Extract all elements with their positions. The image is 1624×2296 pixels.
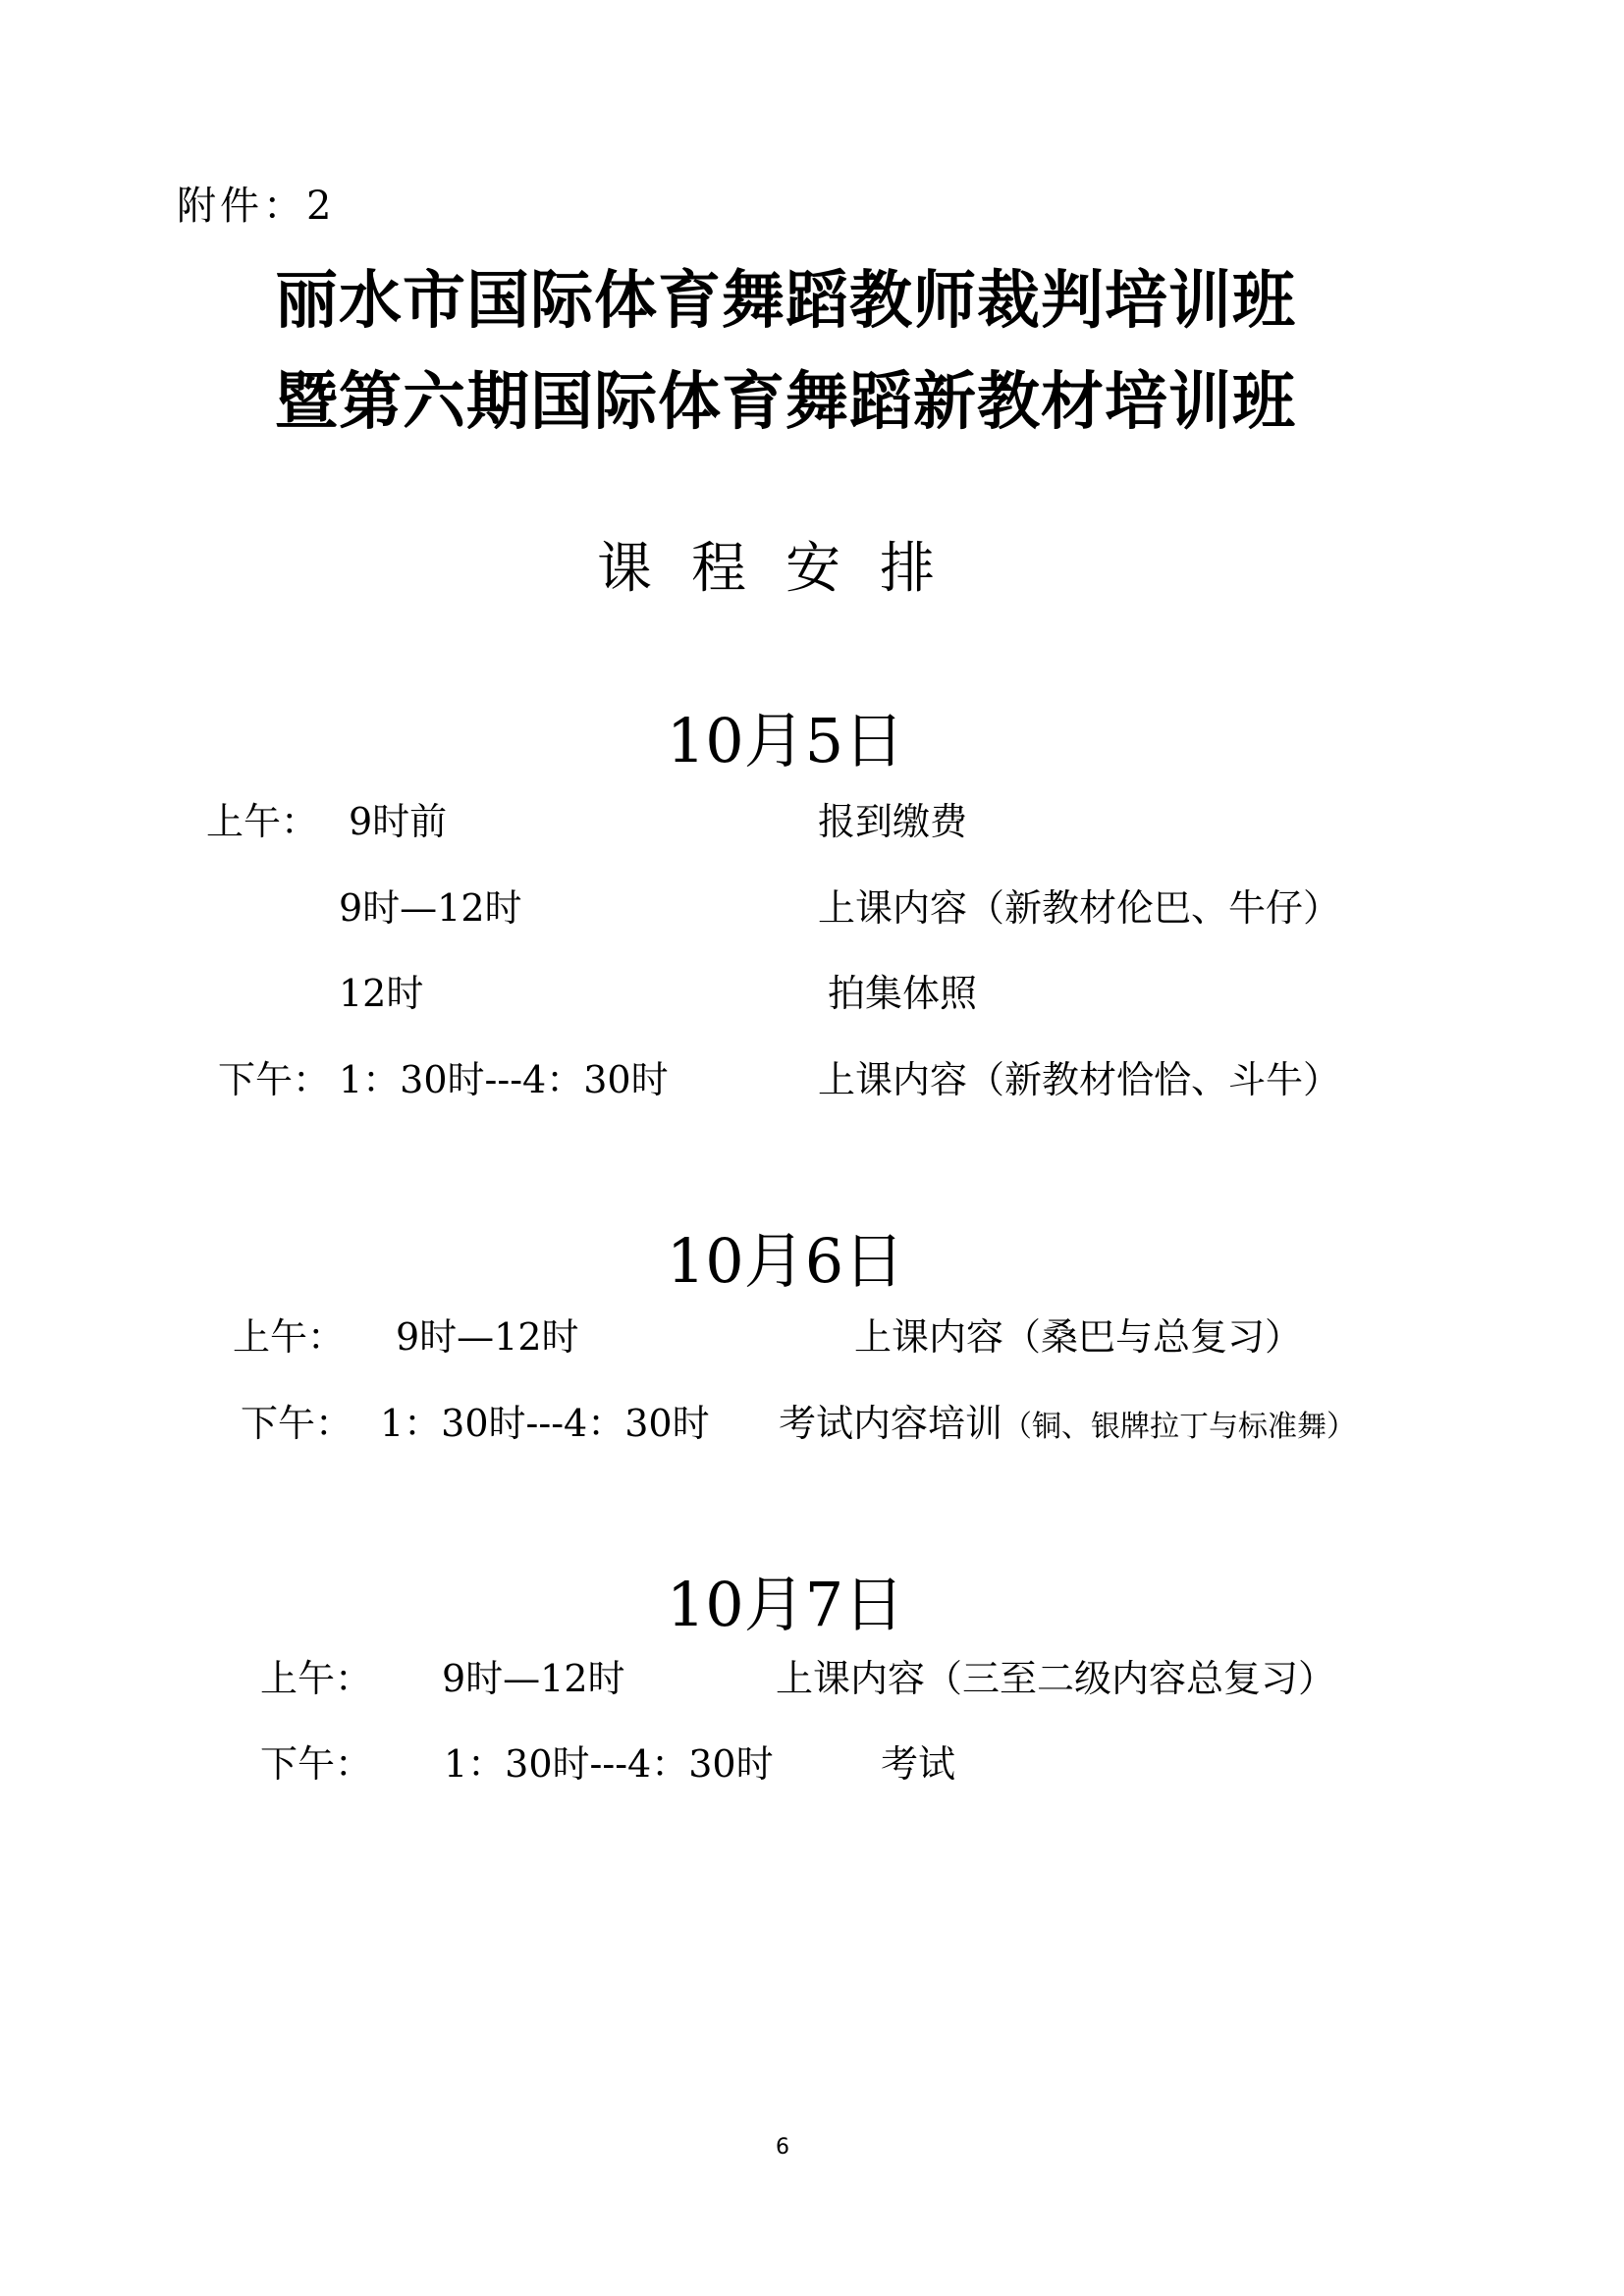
activity-content: 考试内容培训（铜、银牌拉丁与标准舞）: [779, 1393, 1356, 1447]
time-slot: 9时—12时: [339, 878, 522, 932]
document-title-line1: 丽水市国际体育舞蹈教师裁判培训班: [0, 250, 1571, 341]
page-number: 6: [776, 2135, 789, 2160]
day-date-oct6: 10月6日: [0, 1212, 1571, 1300]
attachment-label: 附件：2: [177, 175, 335, 231]
day-date-oct5: 10月5日: [0, 692, 1571, 779]
time-slot: 9时前: [349, 791, 447, 845]
activity-content: 上课内容（桑巴与总复习）: [854, 1307, 1302, 1361]
day-date-oct7: 10月7日: [0, 1556, 1571, 1643]
time-slot: 1：30时---4：30时: [380, 1393, 710, 1447]
period-label: 下午：: [218, 1049, 330, 1103]
period-label: 上午：: [233, 1307, 345, 1361]
activity-content: 报到缴费: [818, 791, 967, 845]
time-slot: 12时: [339, 963, 423, 1017]
activity-content: 上课内容（新教材伦巴、牛仔）: [818, 878, 1340, 932]
activity-content: 考试: [881, 1734, 955, 1788]
time-slot: 1：30时---4：30时: [339, 1049, 669, 1103]
period-label: 下午：: [241, 1393, 352, 1447]
period-label: 上午：: [260, 1648, 372, 1702]
activity-content: 上课内容（新教材恰恰、斗牛）: [818, 1049, 1340, 1103]
document-title-line2: 暨第六期国际体育舞蹈新教材培训班: [0, 351, 1571, 442]
activity-content: 上课内容（三至二级内容总复习）: [776, 1648, 1335, 1702]
time-slot: 9时—12时: [396, 1307, 579, 1361]
period-label: 下午：: [260, 1734, 372, 1788]
activity-main: 考试内容培训: [779, 1402, 1002, 1445]
time-slot: 1：30时---4：30时: [444, 1734, 774, 1788]
activity-note: （铜、银牌拉丁与标准舞）: [1002, 1410, 1356, 1444]
time-slot: 9时—12时: [442, 1648, 625, 1702]
period-label: 上午：: [206, 791, 318, 845]
activity-content: 拍集体照: [828, 963, 977, 1017]
schedule-heading: 课程安排: [0, 525, 1571, 604]
